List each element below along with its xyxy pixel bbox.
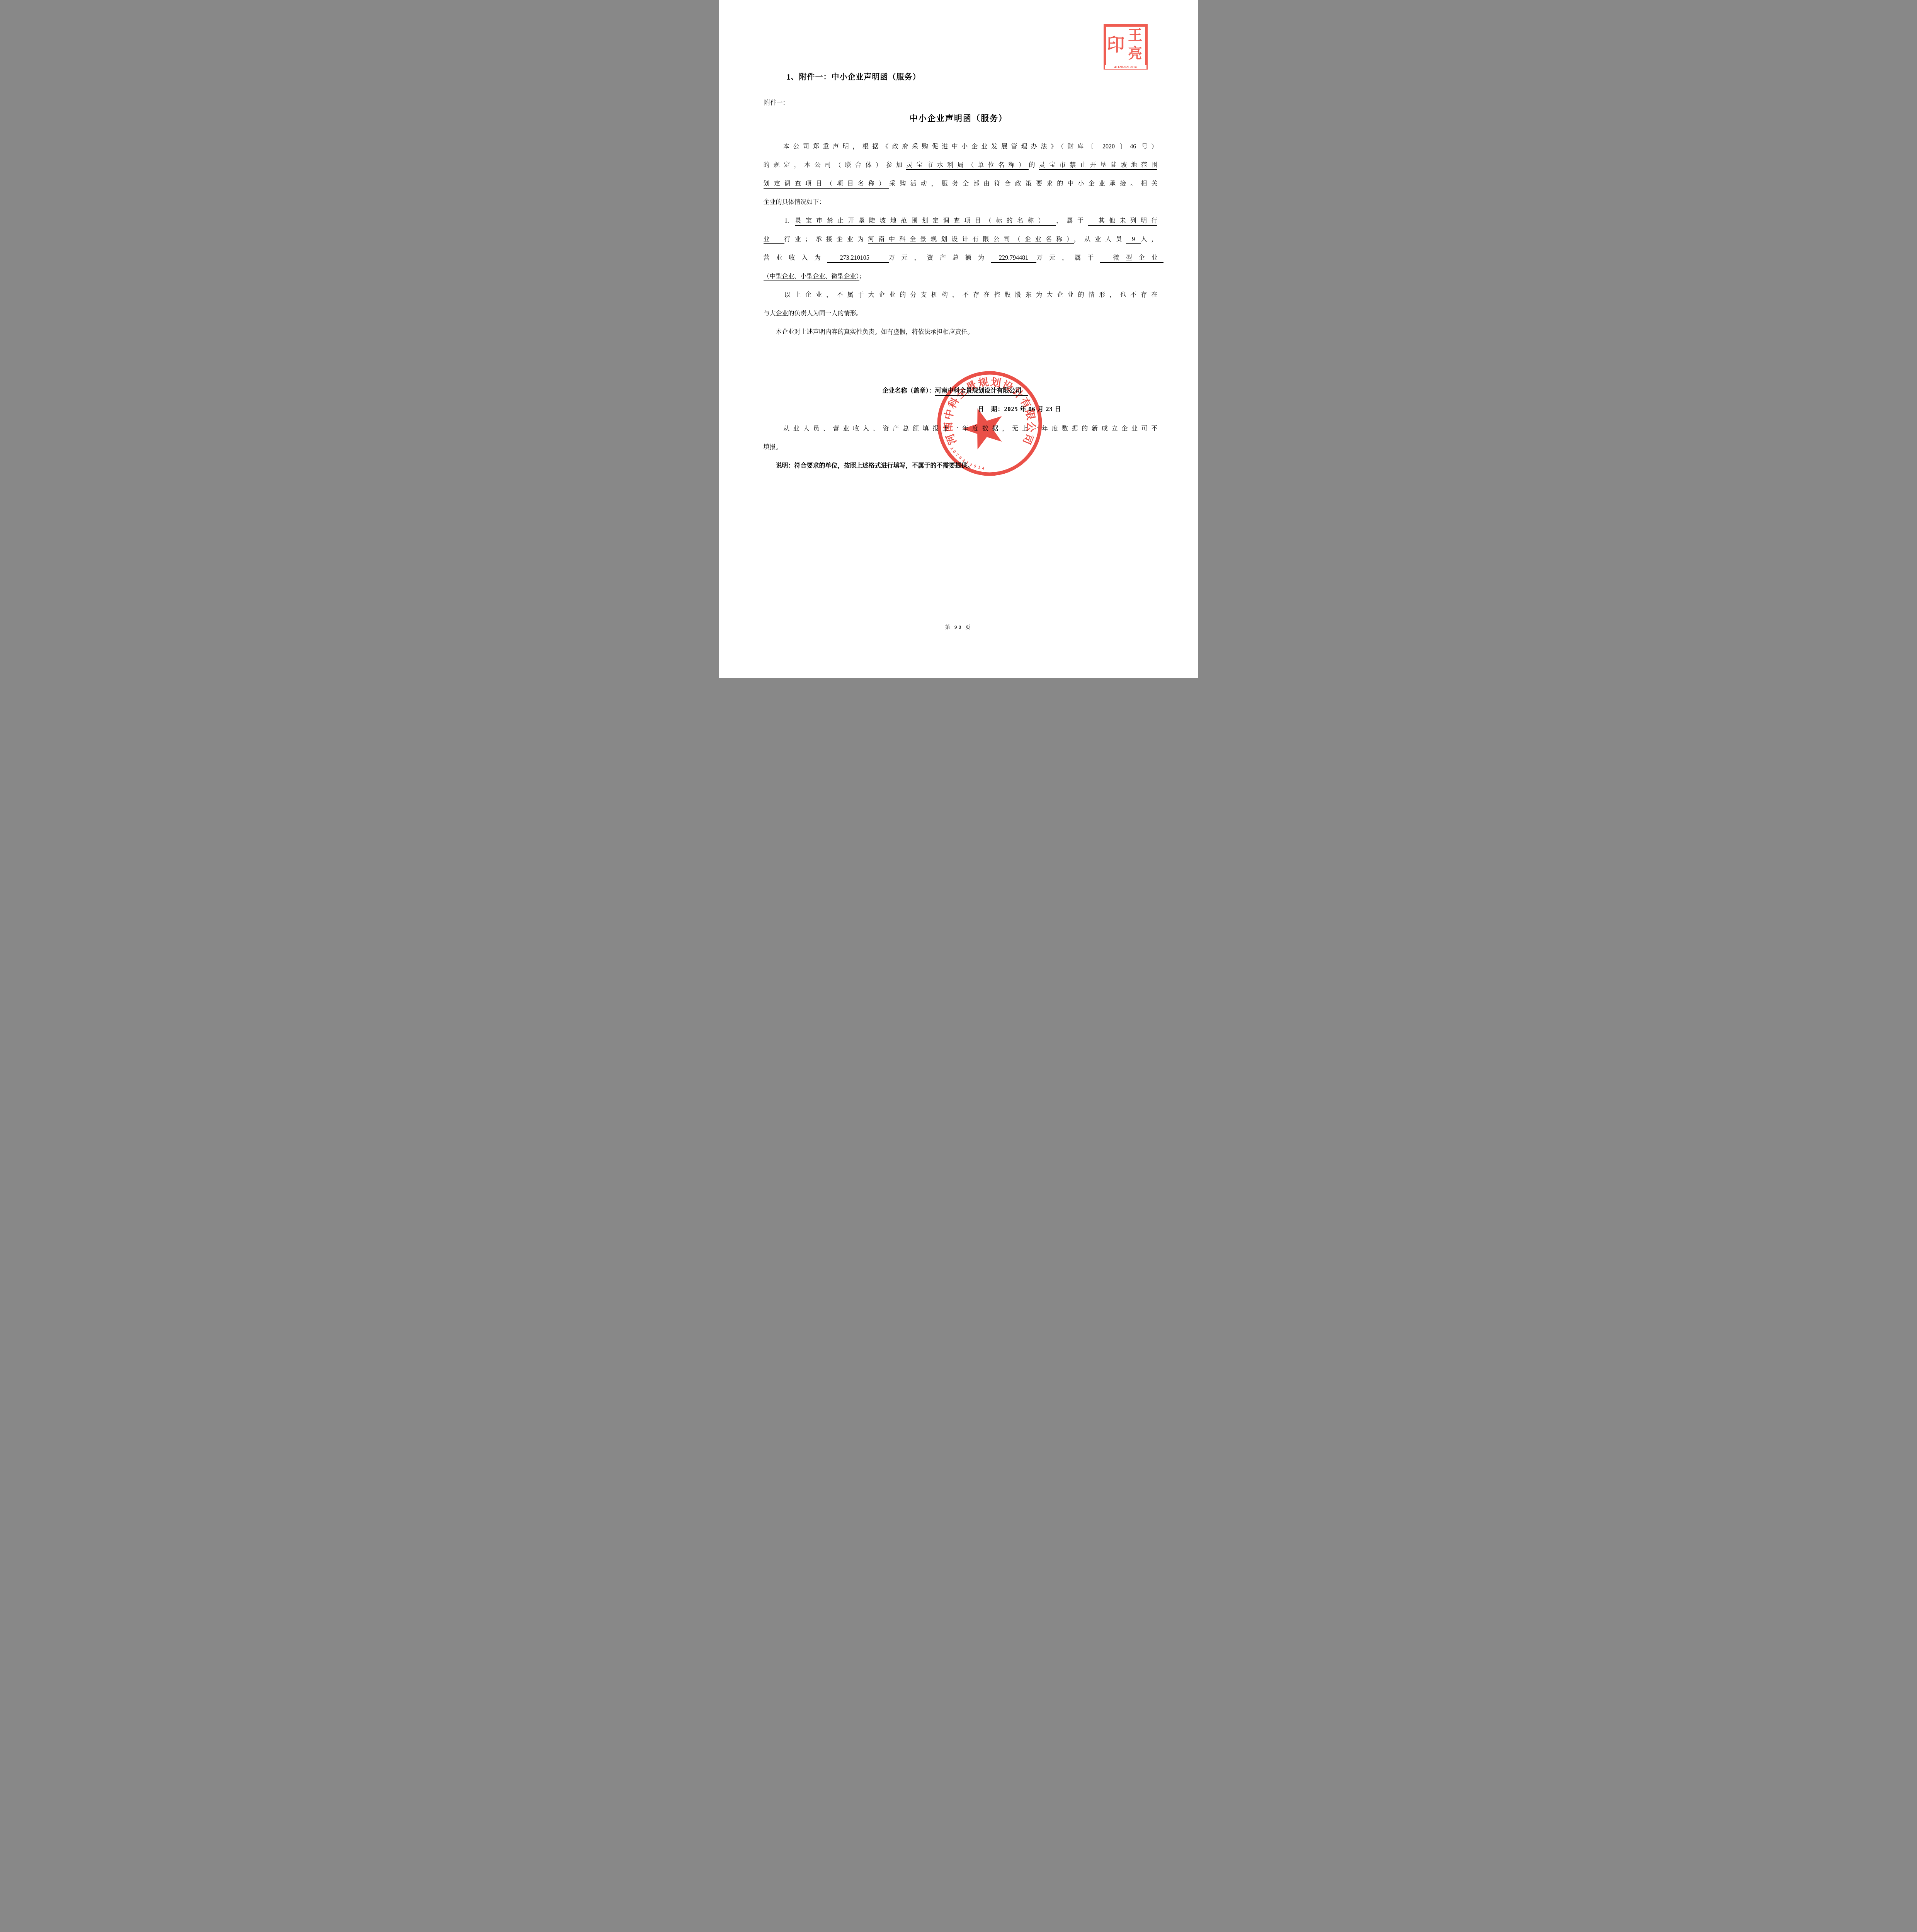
seal-number-digit: 0 (952, 449, 957, 454)
text-run: 人， (1141, 236, 1157, 243)
text-run: 以上企业，不属于大企业的分支机构，不存在控股股东为大企业的情形，也不存在 (764, 292, 1158, 298)
seal-number-digit: 2 (949, 446, 954, 451)
text-run: 万元，资产总额为 (889, 255, 991, 261)
seal-company-char: 中 (942, 408, 956, 421)
text-run: 本企业对上述声明内容的真实性负责。如有虚假，将依法承担相应责任。 (764, 329, 974, 335)
text-line: 业 行业；承接企业为河南中科全景规划设计有限公司（企业名称），从业人员 9 人， (764, 230, 1158, 249)
document-page: 印 王 亮 4112020212014 1、附件一：中小企业声明函（服务） 附件… (719, 0, 1198, 678)
attachment-label: 附件一： (764, 98, 789, 107)
personal-seal-char: 印 (1106, 27, 1126, 67)
text-run: 与大企业的负责人为同一人的情形。 (764, 310, 862, 317)
declaration-body: 本公司郑重声明，根据《政府采购促进中小企业发展管理办法》（财库〔 2020 〕4… (764, 138, 1158, 342)
text-run: 采购活动，服务全部由符合政策要求的中小企业承接。相关 (889, 180, 1157, 187)
company-seal-stamp: 河南中科全景规划设计有限公司4112020212914 (932, 366, 1048, 481)
seal-number-digit: 0 (958, 456, 963, 461)
underlined-text: 其他未列明行 (1088, 218, 1157, 226)
seal-company-char: 南 (942, 421, 954, 432)
text-run: ； (859, 273, 866, 280)
text-line: 本公司郑重声明，根据《政府采购促进中小企业发展管理办法》（财库〔 2020 〕4… (764, 138, 1158, 156)
seal-company-char: 规 (977, 376, 989, 389)
seal-company-char: 限 (1023, 408, 1036, 421)
company-name-label: 企业名称（盖章）： (883, 388, 935, 394)
text-line: 本企业对上述声明内容的真实性负责。如有虚假，将依法承担相应责任。 (764, 323, 1158, 342)
underlined-text: 划定调查项目（项目名称） (764, 180, 890, 189)
text-run: 万元，属于 (1036, 255, 1100, 261)
underlined-text: 9 (1126, 236, 1141, 244)
text-run: 填报。 (764, 444, 782, 451)
personal-seal-name: 王 亮 (1126, 27, 1145, 67)
underlined-text: 微型企业 (1100, 255, 1163, 263)
text-line: 企业的具体情况如下： (764, 193, 1158, 212)
underlined-text: 灵宝市禁止开垦陡坡地范围划定调查项目（标的名称） (795, 218, 1056, 226)
seal-number-digit: 2 (969, 462, 973, 467)
personal-seal-name-top: 王 (1128, 29, 1142, 43)
seal-number-digit: 2 (961, 458, 966, 463)
underlined-text: （中型企业、小型企业、微型企业） (764, 273, 859, 281)
personal-seal-stamp: 印 王 亮 4112020212014 (1104, 24, 1148, 70)
underlined-text: 灵宝市水利局（单位名称） (906, 162, 1029, 170)
text-run: 企业的具体情况如下： (764, 199, 825, 206)
page-number: 第 98 页 (719, 623, 1198, 630)
personal-seal-name-bottom: 亮 (1128, 47, 1142, 61)
underlined-text: 273.210105 (827, 255, 889, 263)
underlined-text: 业 (764, 236, 784, 244)
seal-number-digit: 4 (982, 466, 985, 471)
seal-company-char: 公 (1024, 421, 1037, 432)
seal-number-digit: 1 (977, 465, 980, 470)
text-line: 以上企业，不属于大企业的分支机构，不存在控股股东为大企业的情形，也不存在 (764, 286, 1158, 304)
text-run: ，属于 (1056, 218, 1088, 224)
text-line: 营业收入为 273.210105 万元，资产总额为 229.794481 万元，… (764, 249, 1158, 267)
text-run: 的 (1029, 162, 1039, 168)
seal-number-digit: 2 (954, 452, 959, 457)
section-heading: 1、附件一：中小企业声明函（服务） (787, 71, 921, 82)
text-run: 1. (764, 218, 795, 224)
text-line: 划定调查项目（项目名称）采购活动，服务全部由符合政策要求的中小企业承接。相关 (764, 175, 1158, 193)
text-run: ，从业人员 (1074, 236, 1126, 243)
text-run: 行业；承接企业为 (784, 236, 868, 243)
text-run: 本公司郑重声明，根据《政府采购促进中小企业发展管理办法》（财库〔 2020 〕4… (764, 143, 1158, 150)
text-run: 的规定，本公司（联合体）参加 (764, 162, 907, 168)
underlined-text: 河南中科全景规划设计有限公司（企业名称） (868, 236, 1074, 244)
seal-company-char: 司 (1021, 432, 1035, 446)
text-line: 与大企业的负责人为同一人的情形。 (764, 304, 1158, 323)
seal-number-digit: 9 (973, 464, 977, 469)
text-run: 营业收入为 (764, 255, 827, 261)
underlined-text: 229.794481 (991, 255, 1036, 263)
text-line: 的规定，本公司（联合体）参加灵宝市水利局（单位名称）的灵宝市禁止开垦陡坡地范围 (764, 156, 1158, 175)
underlined-text: 灵宝市禁止开垦陡坡地范围 (1039, 162, 1158, 170)
star-icon (963, 408, 1002, 450)
page-title: 中小企业声明函（服务） (719, 112, 1198, 124)
text-line: （中型企业、小型企业、微型企业）； (764, 267, 1158, 286)
text-line: 1. 灵宝市禁止开垦陡坡地范围划定调查项目（标的名称） ，属于 其他未列明行 (764, 212, 1158, 230)
seal-number-digit: 1 (965, 460, 969, 465)
seal-company-char: 划 (990, 376, 1002, 389)
personal-seal-number: 4112020212014 (1105, 65, 1146, 69)
